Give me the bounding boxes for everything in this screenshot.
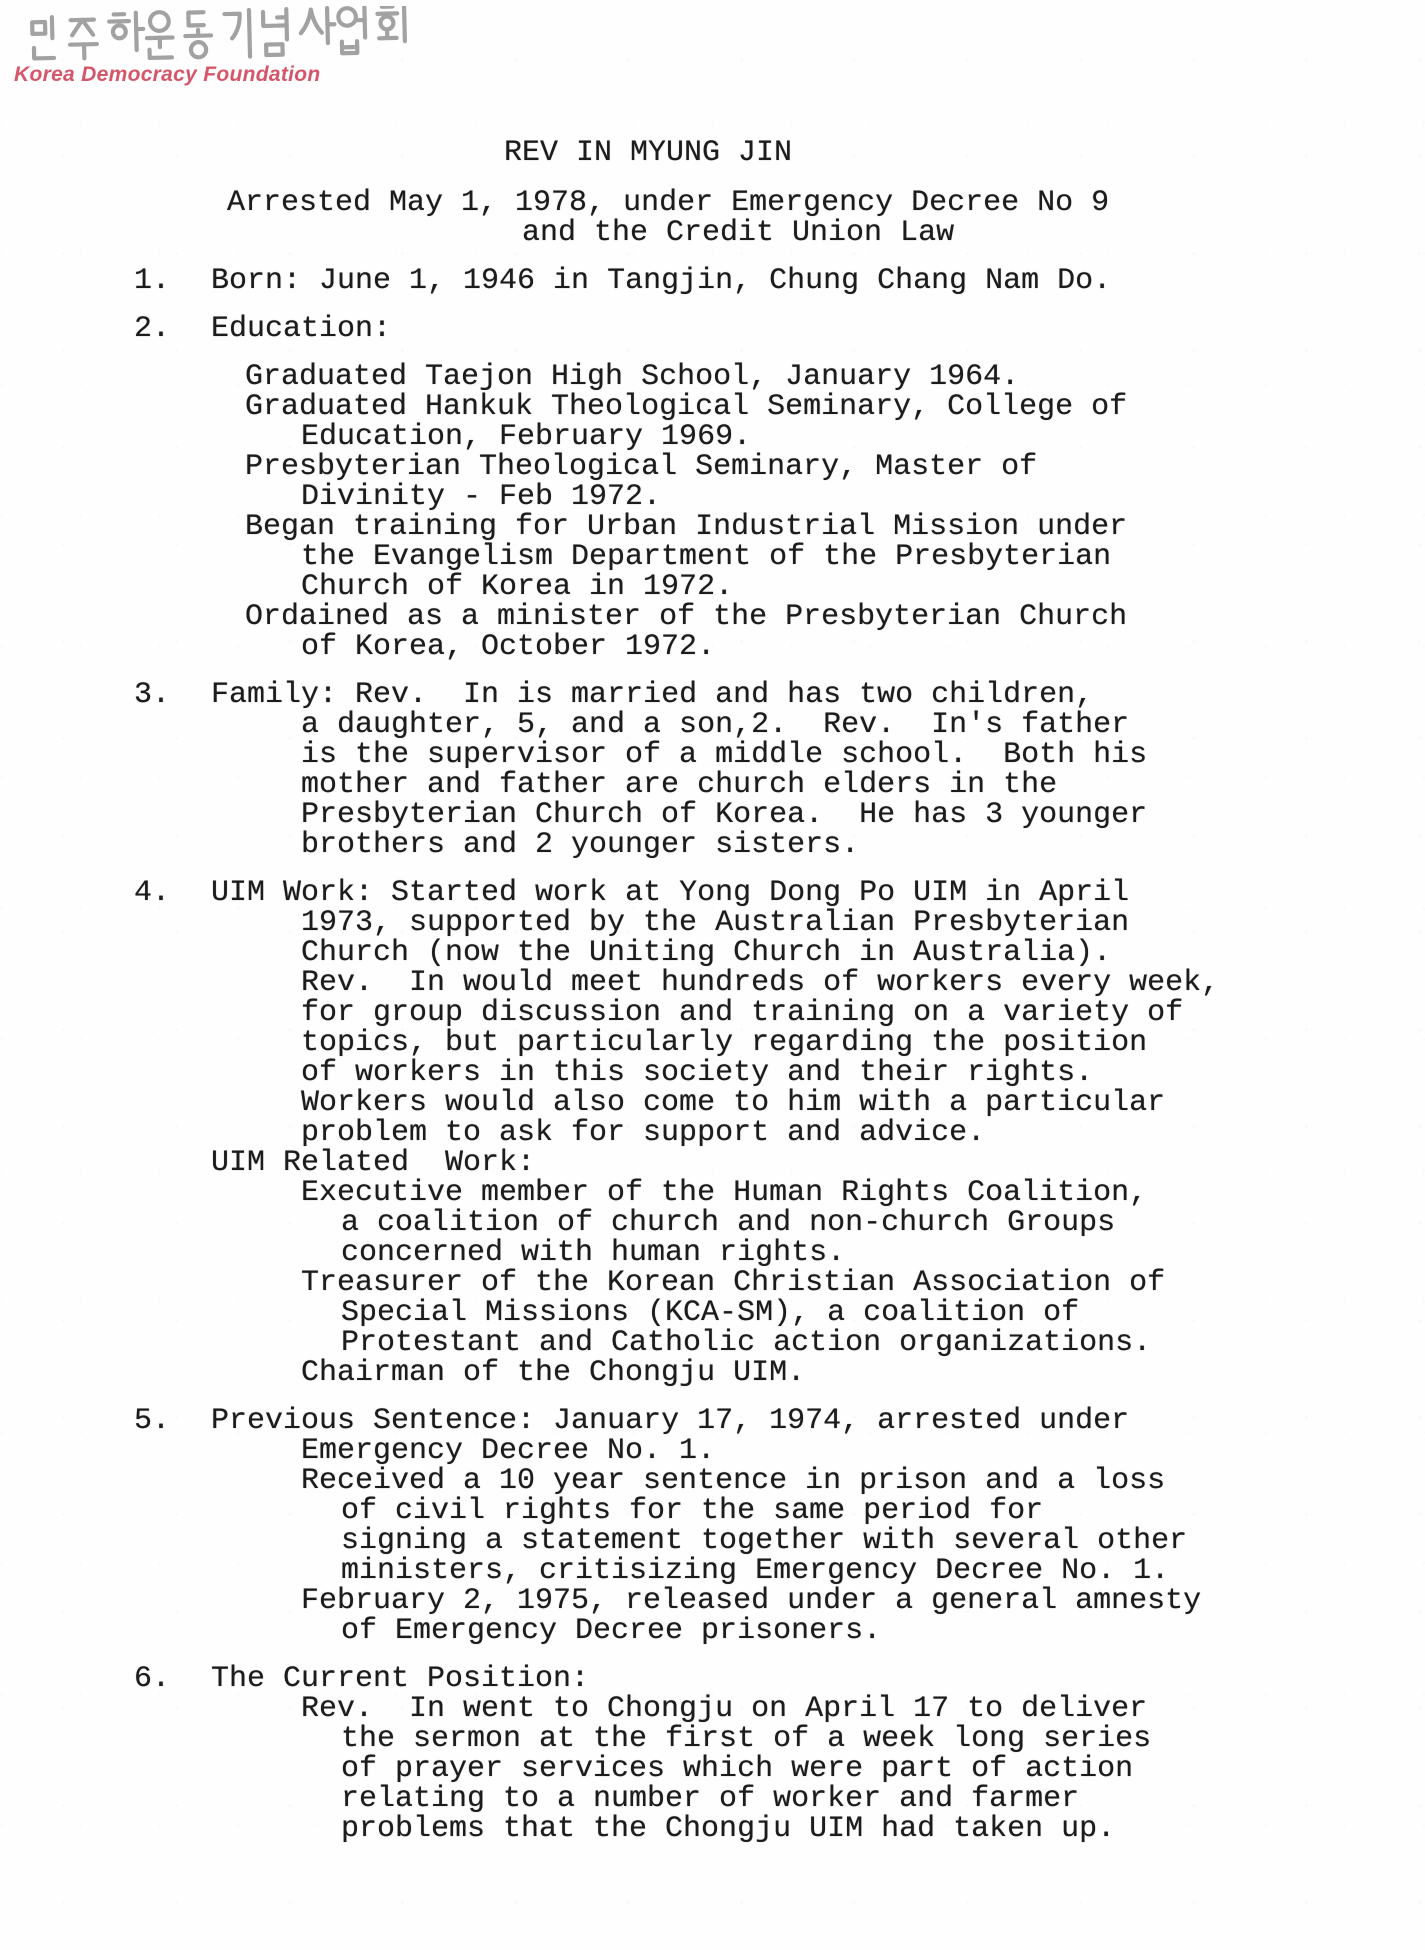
document-line: Graduated Taejon High School, January 19… (211, 362, 1425, 392)
document-line: February 2, 1975, released under a gener… (211, 1586, 1425, 1616)
document-body: REV IN MYUNG JIN Arrested May 1, 1978, u… (0, 138, 1425, 1844)
section-body: Born: June 1, 1946 in Tangjin, Chung Cha… (211, 266, 1425, 296)
document-line: Born: June 1, 1946 in Tangjin, Chung Cha… (211, 266, 1425, 296)
kdf-logo-tagline: Korea Democracy Foundation (14, 64, 429, 86)
document-line: UIM Related Work: (211, 1148, 1425, 1178)
scanned-page: Korea Democracy Foundation REV IN MYUNG … (0, 0, 1425, 1950)
document-line: a coalition of church and non-church Gro… (211, 1208, 1425, 1238)
document-line: 1973, supported by the Australian Presby… (211, 908, 1425, 938)
section-number: 3. (134, 680, 211, 710)
document-line: Treasurer of the Korean Christian Associ… (211, 1268, 1425, 1298)
document-line: Presbyterian Church of Korea. He has 3 y… (211, 800, 1425, 830)
document-subtitle-line2: and the Credit Union Law (0, 218, 1425, 248)
section-body: Previous Sentence: January 17, 1974, arr… (211, 1406, 1425, 1646)
document-section-3: 3.Family: Rev. In is married and has two… (0, 680, 1425, 860)
document-line: the Evangelism Department of the Presbyt… (211, 542, 1425, 572)
document-line: of workers in this society and their rig… (211, 1058, 1425, 1088)
document-line: Education, February 1969. (211, 422, 1425, 452)
document-line: Executive member of the Human Rights Coa… (211, 1178, 1425, 1208)
document-line: of Emergency Decree prisoners. (211, 1616, 1425, 1646)
document-line: brothers and 2 younger sisters. (211, 830, 1425, 860)
document-line: Received a 10 year sentence in prison an… (211, 1466, 1425, 1496)
document-line: Special Missions (KCA-SM), a coalition o… (211, 1298, 1425, 1328)
document-line: The Current Position: (211, 1664, 1425, 1694)
document-line: topics, but particularly regarding the p… (211, 1028, 1425, 1058)
section-number: 2. (134, 314, 211, 344)
document-line: Church (now the Uniting Church in Austra… (211, 938, 1425, 968)
document-line: Chairman of the Chongju UIM. (211, 1358, 1425, 1388)
document-sections: 1.Born: June 1, 1946 in Tangjin, Chung C… (0, 266, 1425, 1844)
section-number: 1. (134, 266, 211, 296)
section-number: 6. (134, 1664, 211, 1694)
document-line: Ordained as a minister of the Presbyteri… (211, 602, 1425, 632)
document-line: Emergency Decree No. 1. (211, 1436, 1425, 1466)
document-line: of civil rights for the same period for (211, 1496, 1425, 1526)
section-body: UIM Work: Started work at Yong Dong Po U… (211, 878, 1425, 1388)
document-line: Family: Rev. In is married and has two c… (211, 680, 1425, 710)
document-line: mother and father are church elders in t… (211, 770, 1425, 800)
document-line: the sermon at the first of a week long s… (211, 1724, 1425, 1754)
document-line: relating to a number of worker and farme… (211, 1784, 1425, 1814)
kdf-calligraphy-logo (14, 6, 429, 62)
document-section-6: 6.The Current Position:Rev. In went to C… (0, 1664, 1425, 1844)
document-line: Previous Sentence: January 17, 1974, arr… (211, 1406, 1425, 1436)
document-line: a daughter, 5, and a son,2. Rev. In's fa… (211, 710, 1425, 740)
document-line: concerned with human rights. (211, 1238, 1425, 1268)
document-line: ministers, critisizing Emergency Decree … (211, 1556, 1425, 1586)
section-number: 5. (134, 1406, 211, 1436)
document-line: Presbyterian Theological Seminary, Maste… (211, 452, 1425, 482)
document-line: Protestant and Catholic action organizat… (211, 1328, 1425, 1358)
document-line: Divinity - Feb 1972. (211, 482, 1425, 512)
document-line: problem to ask for support and advice. (211, 1118, 1425, 1148)
document-line: Education: (211, 314, 1425, 344)
section-body: Family: Rev. In is married and has two c… (211, 680, 1425, 860)
document-line: of prayer services which were part of ac… (211, 1754, 1425, 1784)
document-line: is the supervisor of a middle school. Bo… (211, 740, 1425, 770)
document-line: of Korea, October 1972. (211, 632, 1425, 662)
document-section-5: 5.Previous Sentence: January 17, 1974, a… (0, 1406, 1425, 1646)
document-line: signing a statement together with severa… (211, 1526, 1425, 1556)
section-body: Education:Graduated Taejon High School, … (211, 314, 1425, 662)
document-section-2: 2.Education:Graduated Taejon High School… (0, 314, 1425, 662)
document-line: UIM Work: Started work at Yong Dong Po U… (211, 878, 1425, 908)
document-line: Church of Korea in 1972. (211, 572, 1425, 602)
document-line: Workers would also come to him with a pa… (211, 1088, 1425, 1118)
document-subtitle-line1: Arrested May 1, 1978, under Emergency De… (0, 188, 1425, 218)
document-line: for group discussion and training on a v… (211, 998, 1425, 1028)
document-line: Rev. In went to Chongju on April 17 to d… (211, 1694, 1425, 1724)
document-line: problems that the Chongju UIM had taken … (211, 1814, 1425, 1844)
document-line: Rev. In would meet hundreds of workers e… (211, 968, 1425, 998)
document-section-4: 4.UIM Work: Started work at Yong Dong Po… (0, 878, 1425, 1388)
section-body: The Current Position:Rev. In went to Cho… (211, 1664, 1425, 1844)
document-line: Began training for Urban Industrial Miss… (211, 512, 1425, 542)
section-number: 4. (134, 878, 211, 908)
kdf-logo: Korea Democracy Foundation (14, 6, 429, 86)
document-line: Graduated Hankuk Theological Seminary, C… (211, 392, 1425, 422)
document-section-1: 1.Born: June 1, 1946 in Tangjin, Chung C… (0, 266, 1425, 296)
document-title: REV IN MYUNG JIN (0, 138, 1425, 168)
